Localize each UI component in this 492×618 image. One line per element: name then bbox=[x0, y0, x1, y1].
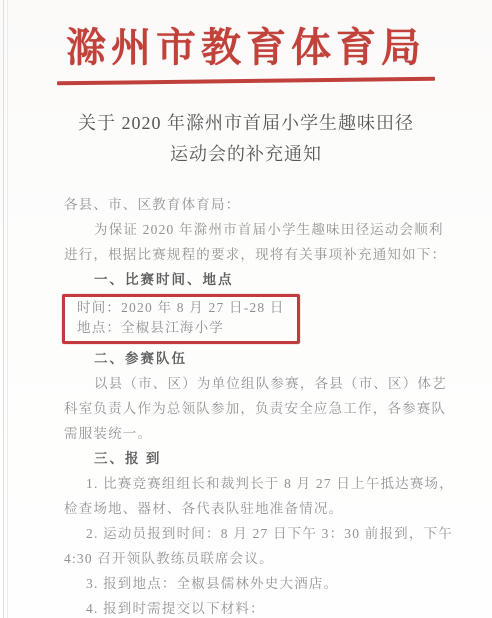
highlight-annotation-box: 时间：2020 年 8 月 27 日-28 日 地点：全椒县江海小学 bbox=[62, 294, 300, 344]
item-3-line: 3. 报到地点：全椒县儒林外史大酒店。 bbox=[64, 571, 456, 596]
document-title: 关于 2020 年滁州市首届小学生趣味田径 运动会的补充通知 bbox=[0, 108, 492, 170]
item-4-line: 4. 报到时需提交以下材料： bbox=[64, 596, 456, 618]
letterhead-org-name: 滁州市教育体育局 bbox=[0, 22, 492, 74]
document-title-line-1: 关于 2020 年滁州市首届小学生趣味田径 bbox=[0, 108, 492, 139]
section-2-line-2: 科室负责人作为总领队参加，负责安全应急工作，各参赛队 bbox=[64, 396, 456, 421]
letterhead: 滁州市教育体育局 bbox=[0, 0, 492, 83]
letterhead-divider-rule bbox=[57, 77, 435, 86]
item-1-line-2: 检查场地、器材、各代表队驻地准备情况。 bbox=[64, 496, 456, 521]
salutation-line: 各县、市、区教育体育局： bbox=[64, 192, 456, 217]
section-1-heading: 一、比赛时间、地点 bbox=[64, 267, 456, 292]
document-title-line-2: 运动会的补充通知 bbox=[0, 139, 492, 170]
item-2-line-1: 2. 运动员报到时间：8 月 27 日下午 3：30 前报到，下午 bbox=[64, 521, 456, 546]
scanned-document-page: 滁州市教育体育局 关于 2020 年滁州市首届小学生趣味田径 运动会的补充通知 … bbox=[0, 0, 492, 618]
document-body: 各县、市、区教育体育局： 为保证 2020 年滁州市首届小学生趣味田径运动会顺利… bbox=[64, 192, 456, 618]
section-2-line-1: 以县（市、区）为单位组队参赛，各县（市、区）体艺 bbox=[64, 371, 456, 396]
scan-edge-line bbox=[3, 0, 4, 618]
section-3-heading: 三、报 到 bbox=[64, 446, 456, 471]
competition-place-line: 地点：全椒县江海小学 bbox=[77, 318, 293, 338]
section-2-heading: 二、参赛队伍 bbox=[64, 346, 456, 371]
scan-edge-line bbox=[7, 0, 8, 618]
intro-line-2: 进行，根据比赛规程的要求，现将有关事项补充通知如下： bbox=[64, 242, 456, 267]
item-2-line-2: 4:30 召开领队教练员联席会议。 bbox=[64, 546, 456, 571]
section-2-line-3: 需服装统一。 bbox=[64, 421, 456, 446]
competition-time-line: 时间：2020 年 8 月 27 日-28 日 bbox=[77, 298, 293, 318]
intro-line-1: 为保证 2020 年滁州市首届小学生趣味田径运动会顺利 bbox=[64, 217, 456, 242]
item-1-line-1: 1. 比赛竞赛组组长和裁判长于 8 月 27 日上午抵达赛场， bbox=[64, 471, 456, 496]
